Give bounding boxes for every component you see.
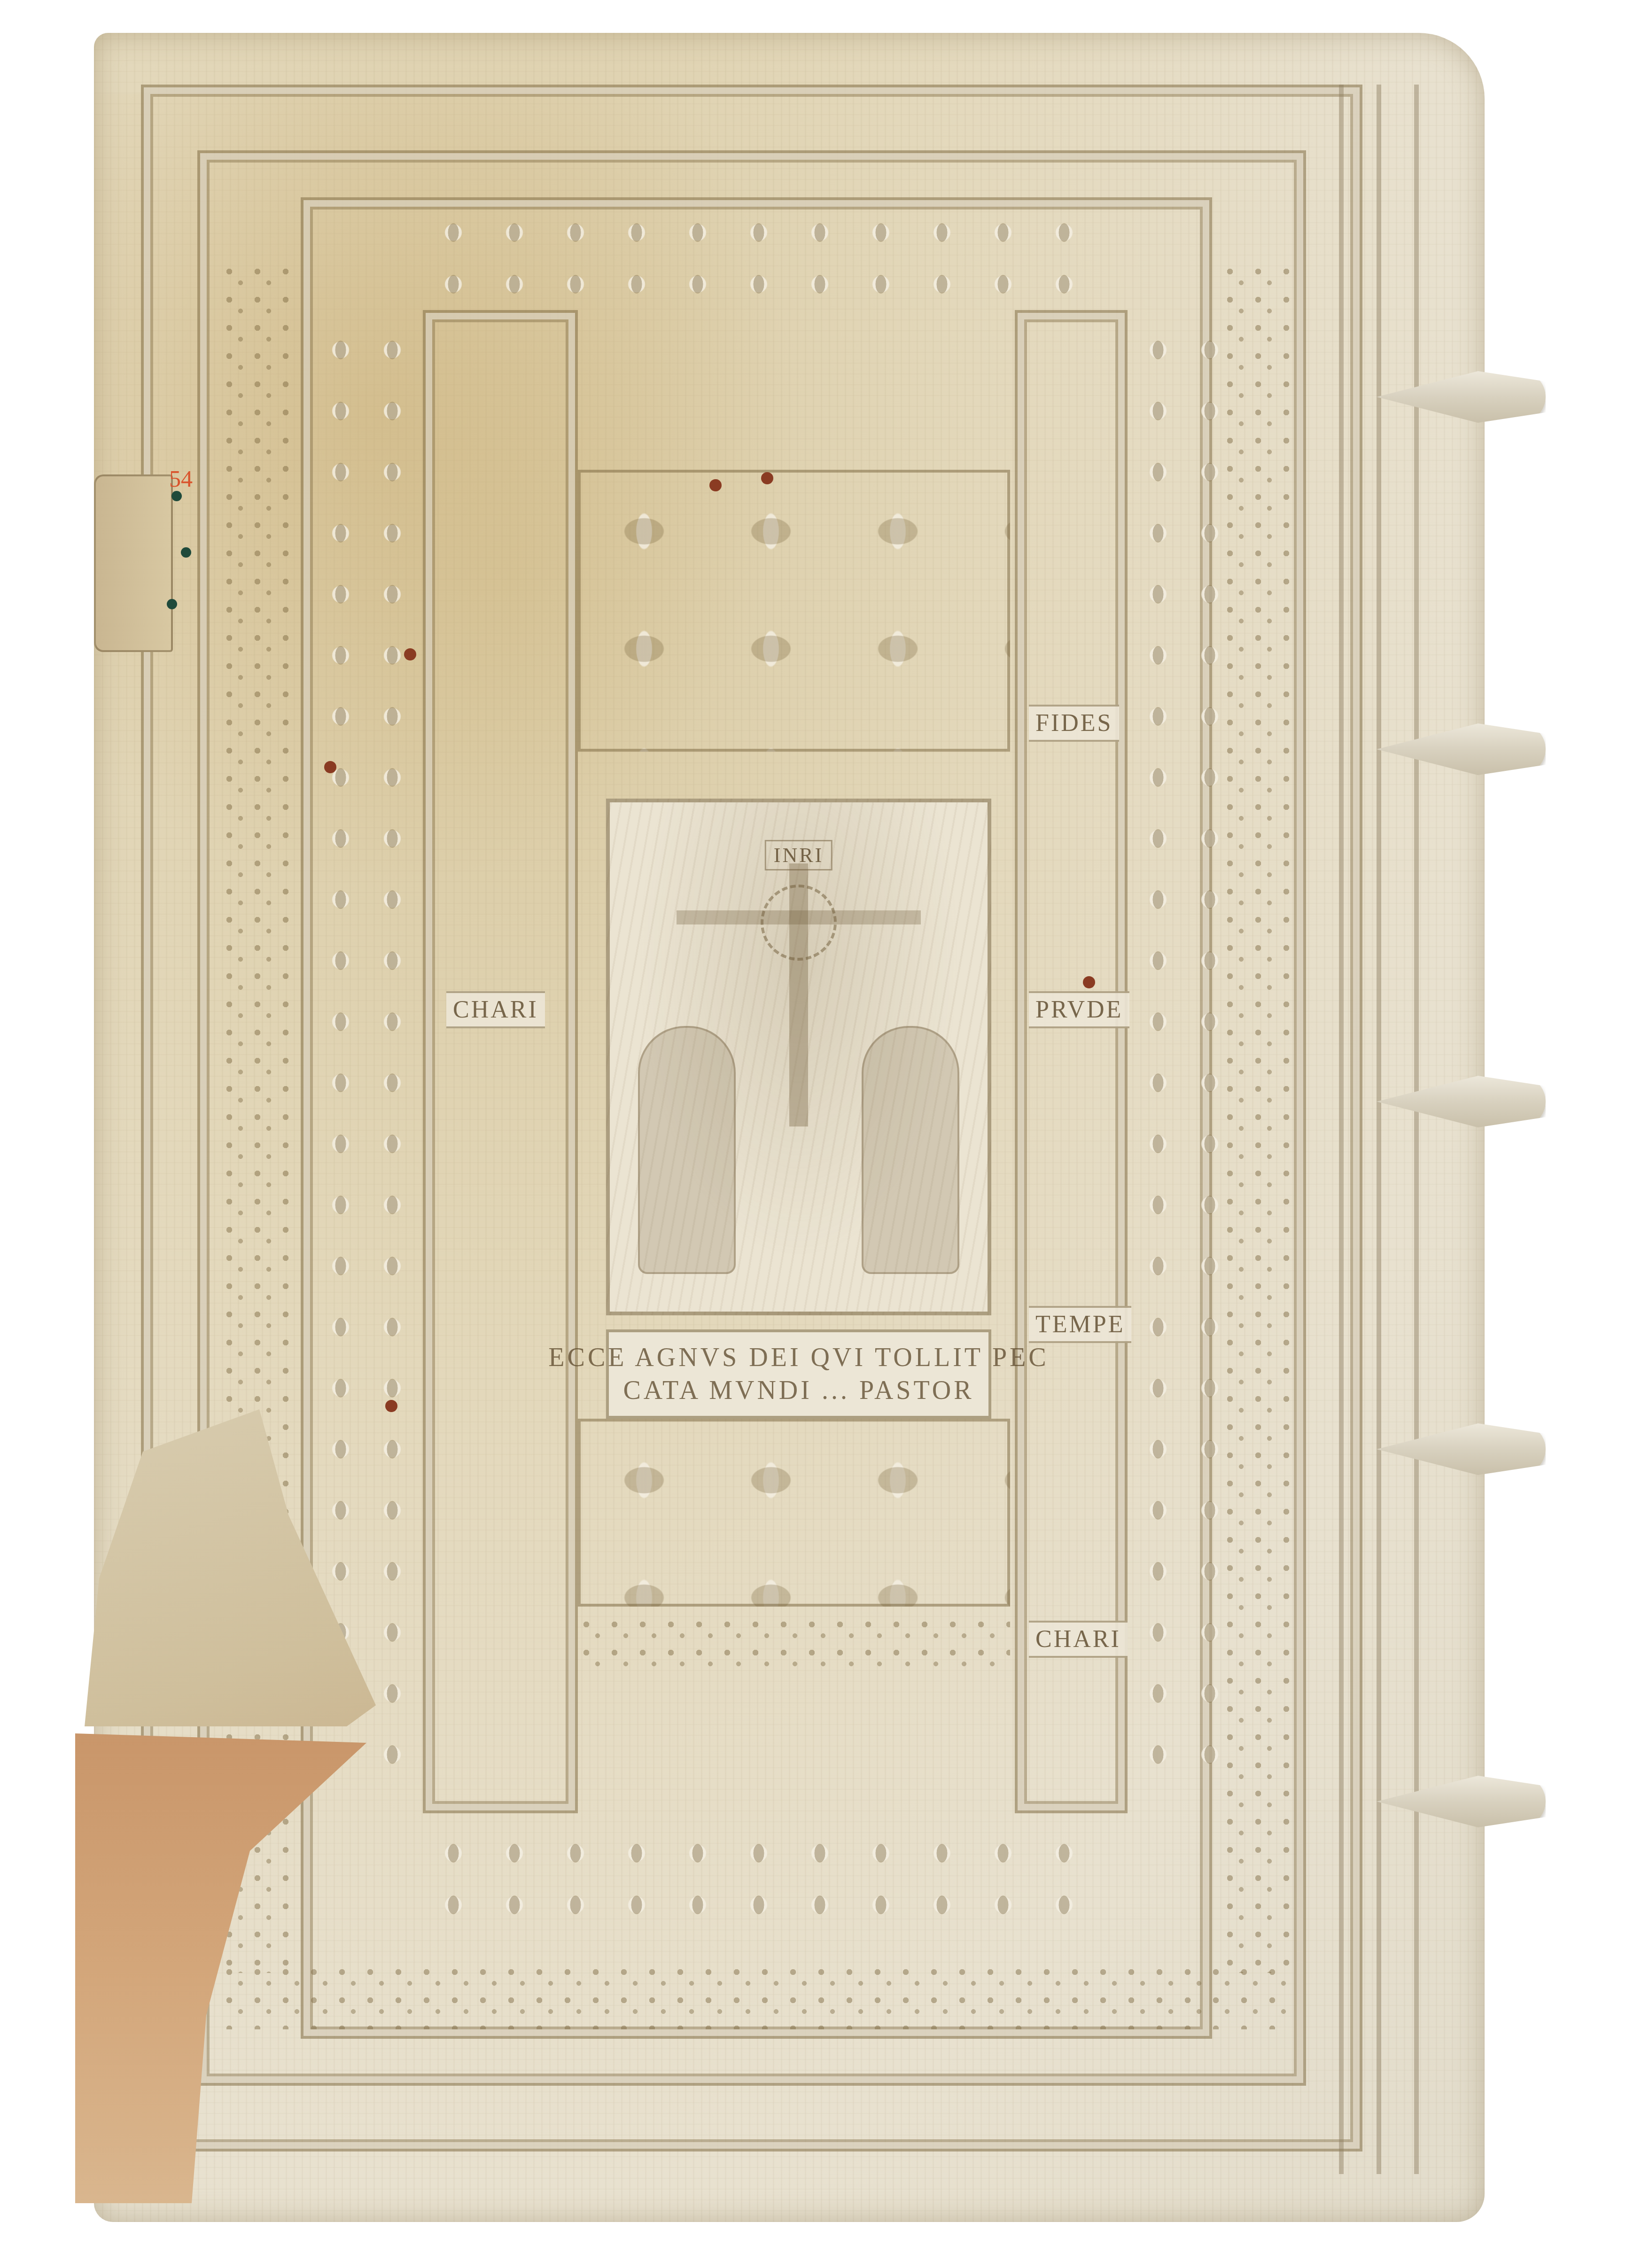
rust-spot xyxy=(1083,976,1095,988)
cross-arm xyxy=(677,910,921,924)
lower-panel xyxy=(578,1419,1010,1607)
upper-panel xyxy=(578,470,1010,752)
roll-border-left xyxy=(315,319,409,1804)
roll-border-bottom xyxy=(423,1827,1109,1917)
roll-border-top xyxy=(423,207,1109,296)
flanking-figure-right xyxy=(862,1026,959,1274)
rust-spot xyxy=(385,1400,397,1412)
central-crucifixion-panel: INRI xyxy=(606,799,991,1315)
inscription-panel: ECCE AGNVS DEI QVI TOLLIT PEC CATA MVNDI… xyxy=(606,1329,991,1419)
flanking-figure-left xyxy=(638,1026,736,1274)
shelf-mark: 54 xyxy=(169,465,193,492)
label-prvde: PRVDE xyxy=(1029,991,1129,1028)
rust-spot xyxy=(709,479,722,491)
label-tempe: TEMPE xyxy=(1029,1306,1131,1343)
rust-spot xyxy=(761,472,773,484)
inscription-line-2: CATA MVNDI ... PASTOR xyxy=(623,1374,974,1407)
label-chari-right: CHARI xyxy=(1029,1621,1128,1658)
label-fides: FIDES xyxy=(1029,705,1119,742)
label-chari-left: CHARI xyxy=(446,991,545,1028)
virtue-column-right xyxy=(1015,310,1128,1813)
rust-spot xyxy=(324,761,336,773)
inscription-line-1: ECCE AGNVS DEI QVI TOLLIT PEC xyxy=(548,1341,1049,1374)
cross-figure xyxy=(789,863,808,1126)
nail-icon xyxy=(171,491,182,501)
virtue-column-left xyxy=(423,310,578,1813)
photo-stage: INRI ECCE AGNVS DEI QVI TOLLIT PEC CATA … xyxy=(0,0,1626,2268)
spine-rule-1 xyxy=(1339,85,1344,2174)
roll-border-right-outer xyxy=(1221,263,1292,1973)
rust-spot xyxy=(404,648,416,660)
roll-border-right-wide xyxy=(1132,319,1226,1804)
clasp-remnant xyxy=(94,474,173,652)
spine-rule-2 xyxy=(1377,85,1381,2174)
nail-icon xyxy=(181,547,191,558)
lower-strip xyxy=(578,1616,1010,1668)
nail-icon xyxy=(167,599,177,609)
